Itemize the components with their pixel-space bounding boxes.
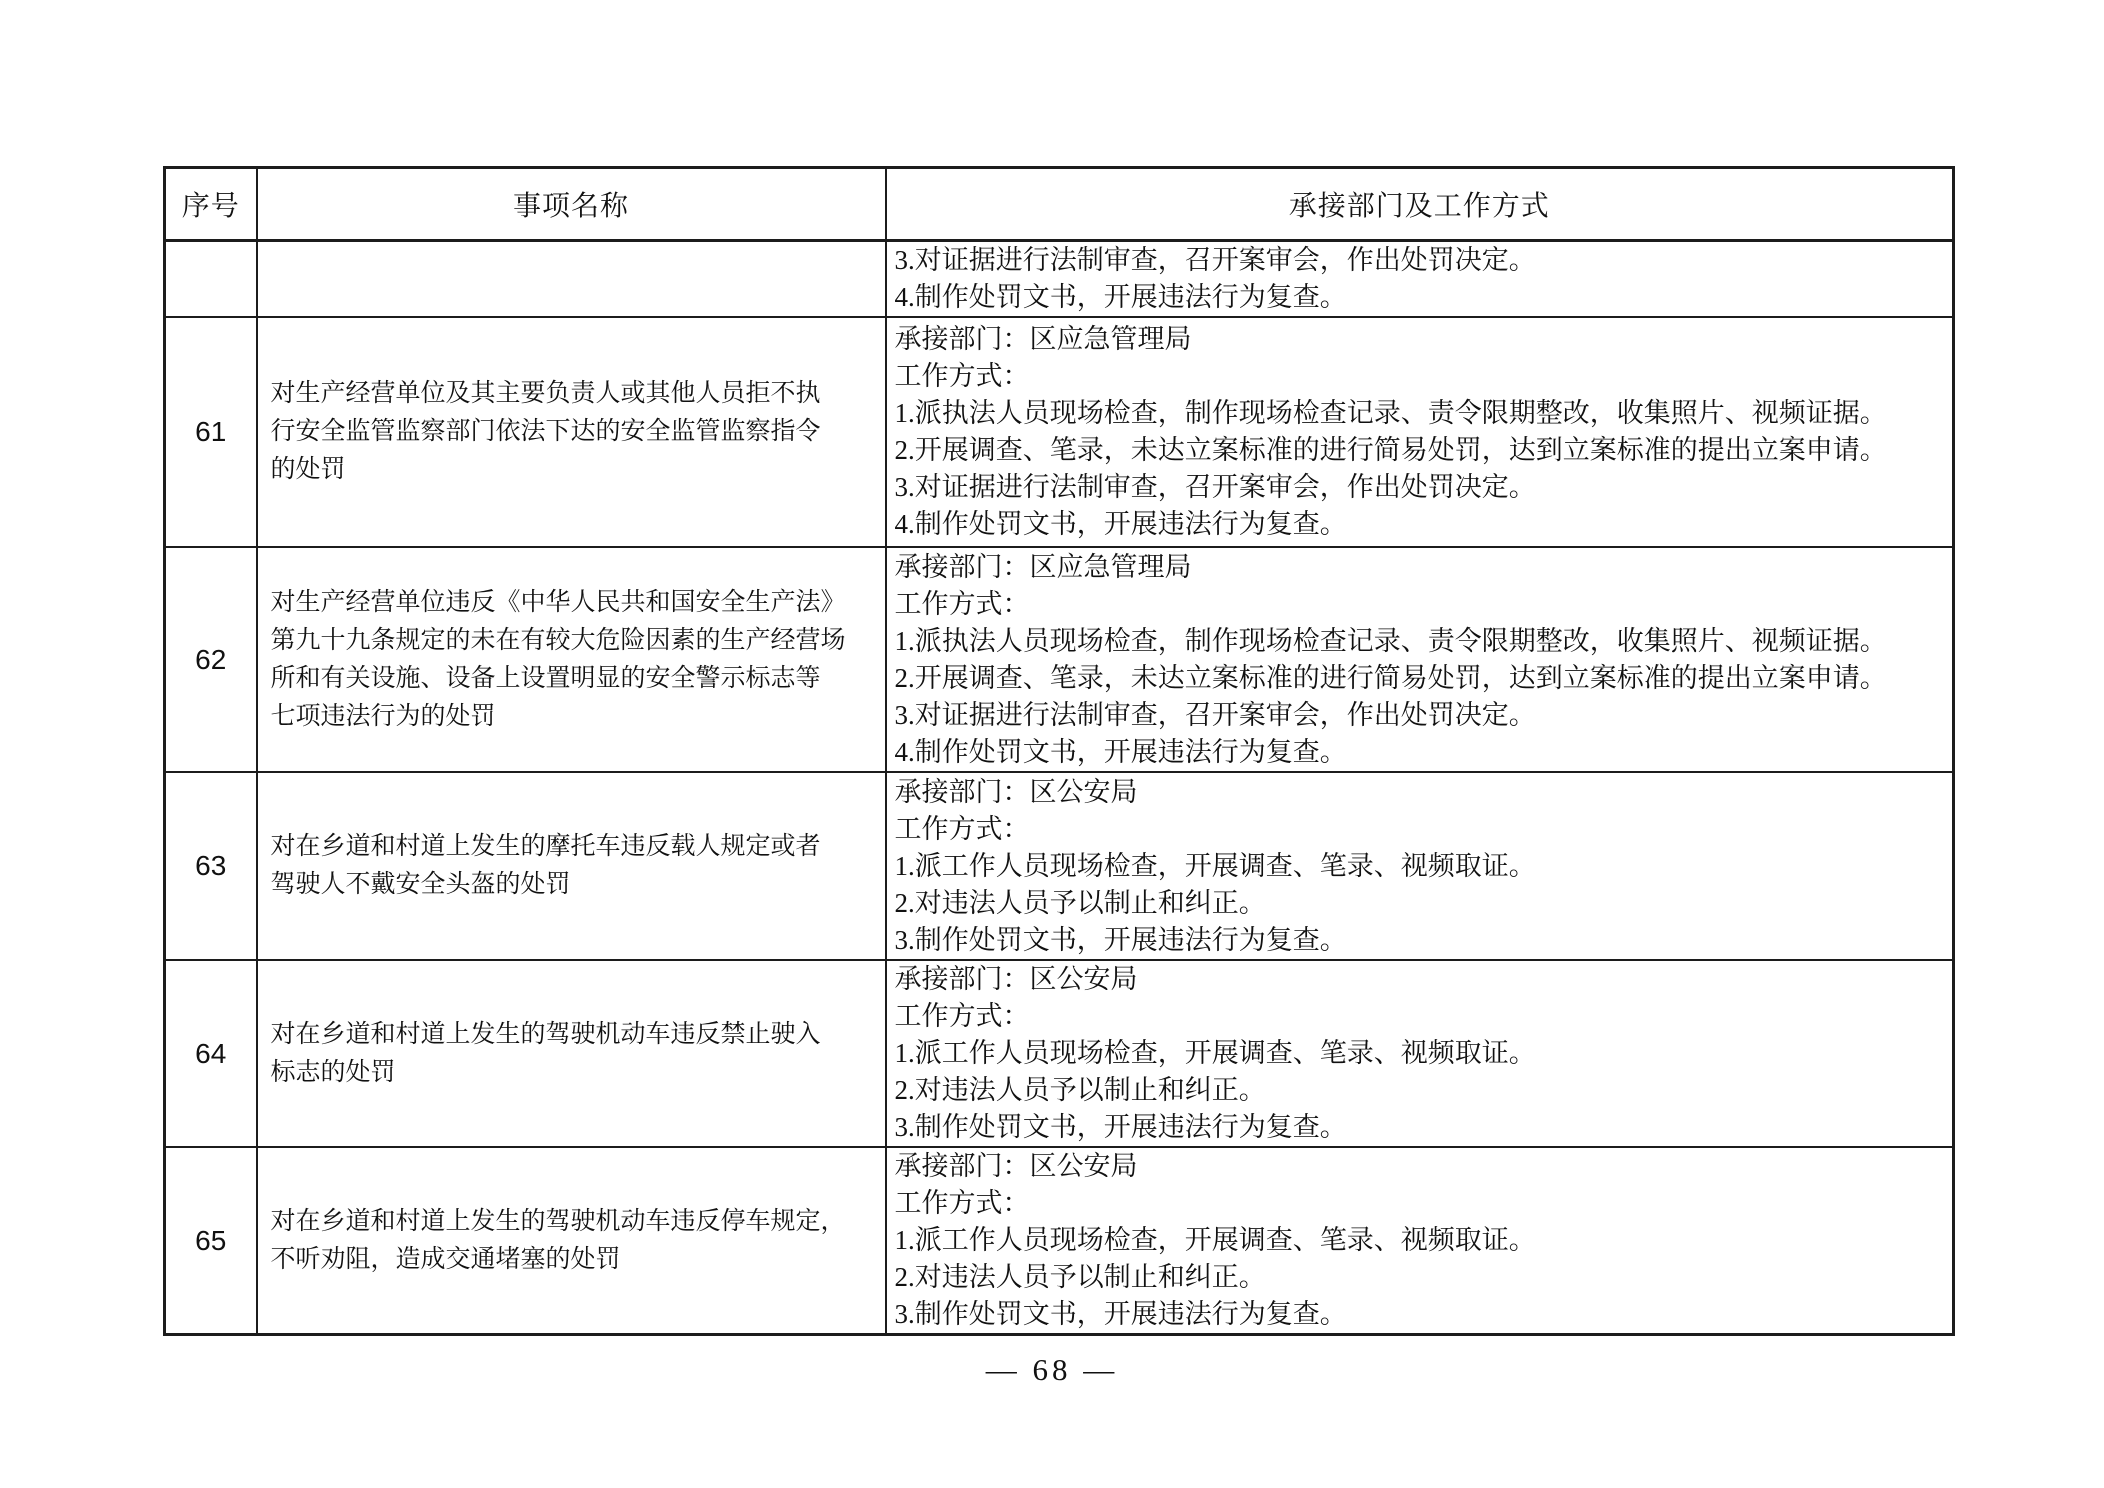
dept-method-cell: 承接部门：区应急管理局 工作方式： 1.派执法人员现场检查，制作现场检查记录、责…	[886, 547, 1954, 772]
item-name-cell: 对在乡道和村道上发生的摩托车违反载人规定或者 驾驶人不戴安全头盔的处罚	[257, 772, 886, 960]
dept-method-line: 2.对违法人员予以制止和纠正。	[895, 1072, 1945, 1109]
dept-method-line: 1.派工作人员现场检查，开展调查、笔录、视频取证。	[895, 1035, 1945, 1072]
dept-method-cell: 承接部门：区应急管理局 工作方式： 1.派执法人员现场检查，制作现场检查记录、责…	[886, 317, 1954, 547]
row-number-cell: 61	[165, 317, 257, 547]
dept-method-line: 1.派执法人员现场检查，制作现场检查记录、责令限期整改，收集照片、视频证据。	[895, 623, 1945, 660]
dept-method-line: 1.派工作人员现场检查，开展调查、笔录、视频取证。	[895, 848, 1945, 885]
item-name-line: 对在乡道和村道上发生的摩托车违反载人规定或者	[271, 828, 872, 866]
row-number-cell	[165, 241, 257, 318]
row-number-cell: 63	[165, 772, 257, 960]
punishment-items-table: 序号 事项名称 承接部门及工作方式 3.对证据进行法制审查，召开案审会，作出处罚…	[163, 166, 1955, 1336]
row-number-cell: 64	[165, 960, 257, 1147]
table-row-65: 65 对在乡道和村道上发生的驾驶机动车违反停车规定， 不听劝阻，造成交通堵塞的处…	[165, 1147, 1954, 1335]
dept-method-line: 3.制作处罚文书，开展违法行为复查。	[895, 922, 1945, 959]
item-name-line: 所和有关设施、设备上设置明显的安全警示标志等	[271, 660, 872, 698]
dept-method-line: 工作方式：	[895, 586, 1945, 623]
table-row-63: 63 对在乡道和村道上发生的摩托车违反载人规定或者 驾驶人不戴安全头盔的处罚 承…	[165, 772, 1954, 960]
table-row-61: 61 对生产经营单位及其主要负责人或其他人员拒不执 行安全监管监察部门依法下达的…	[165, 317, 1954, 547]
column-header-item-name: 事项名称	[257, 168, 886, 241]
dept-method-line: 承接部门：区应急管理局	[895, 321, 1945, 358]
dept-method-line: 承接部门：区公安局	[895, 774, 1945, 811]
table-row-64: 64 对在乡道和村道上发生的驾驶机动车违反禁止驶入 标志的处罚 承接部门：区公安…	[165, 960, 1954, 1147]
dept-method-line: 承接部门：区公安局	[895, 1148, 1945, 1185]
dept-method-line: 4.制作处罚文书，开展违法行为复查。	[895, 506, 1945, 543]
dept-method-line: 1.派执法人员现场检查，制作现场检查记录、责令限期整改，收集照片、视频证据。	[895, 395, 1945, 432]
dept-method-line: 4.制作处罚文书，开展违法行为复查。	[895, 279, 1945, 316]
table-row-continuation: 3.对证据进行法制审查，召开案审会，作出处罚决定。 4.制作处罚文书，开展违法行…	[165, 241, 1954, 318]
item-name-cell: 对在乡道和村道上发生的驾驶机动车违反禁止驶入 标志的处罚	[257, 960, 886, 1147]
dept-method-line: 2.对违法人员予以制止和纠正。	[895, 885, 1945, 922]
item-name-line: 的处罚	[271, 451, 872, 489]
row-number-cell: 62	[165, 547, 257, 772]
item-name-line: 驾驶人不戴安全头盔的处罚	[271, 866, 872, 904]
dept-method-line: 工作方式：	[895, 358, 1945, 395]
dept-method-line: 工作方式：	[895, 811, 1945, 848]
dept-method-cell: 承接部门：区公安局 工作方式： 1.派工作人员现场检查，开展调查、笔录、视频取证…	[886, 1147, 1954, 1335]
dept-method-cell: 3.对证据进行法制审查，召开案审会，作出处罚决定。 4.制作处罚文书，开展违法行…	[886, 241, 1954, 318]
dept-method-line: 3.制作处罚文书，开展违法行为复查。	[895, 1109, 1945, 1146]
item-name-line: 不听劝阻，造成交通堵塞的处罚	[271, 1241, 872, 1279]
dept-method-line: 3.对证据进行法制审查，召开案审会，作出处罚决定。	[895, 469, 1945, 506]
item-name-line: 对生产经营单位违反《中华人民共和国安全生产法》	[271, 584, 872, 622]
item-name-cell: 对生产经营单位违反《中华人民共和国安全生产法》 第九十九条规定的未在有较大危险因…	[257, 547, 886, 772]
item-name-line: 行安全监管监察部门依法下达的安全监管监察指令	[271, 413, 872, 451]
dept-method-line: 承接部门：区公安局	[895, 961, 1945, 998]
item-name-line: 第九十九条规定的未在有较大危险因素的生产经营场	[271, 622, 872, 660]
row-number-cell: 65	[165, 1147, 257, 1335]
item-name-cell: 对在乡道和村道上发生的驾驶机动车违反停车规定， 不听劝阻，造成交通堵塞的处罚	[257, 1147, 886, 1335]
document-page: 序号 事项名称 承接部门及工作方式 3.对证据进行法制审查，召开案审会，作出处罚…	[0, 0, 2104, 1488]
item-name-line: 对在乡道和村道上发生的驾驶机动车违反停车规定，	[271, 1203, 872, 1241]
item-name-line: 对在乡道和村道上发生的驾驶机动车违反禁止驶入	[271, 1016, 872, 1054]
dept-method-line: 2.开展调查、笔录，未达立案标准的进行简易处罚，达到立案标准的提出立案申请。	[895, 432, 1945, 469]
dept-method-line: 1.派工作人员现场检查，开展调查、笔录、视频取证。	[895, 1222, 1945, 1259]
dept-method-line: 工作方式：	[895, 998, 1945, 1035]
dept-method-line: 3.对证据进行法制审查，召开案审会，作出处罚决定。	[895, 242, 1945, 279]
dept-method-line: 3.制作处罚文书，开展违法行为复查。	[895, 1296, 1945, 1333]
dept-method-line: 2.开展调查、笔录，未达立案标准的进行简易处罚，达到立案标准的提出立案申请。	[895, 660, 1945, 697]
table-row-62: 62 对生产经营单位违反《中华人民共和国安全生产法》 第九十九条规定的未在有较大…	[165, 547, 1954, 772]
page-number: — 68 —	[0, 1352, 2104, 1388]
dept-method-line: 工作方式：	[895, 1185, 1945, 1222]
dept-method-line: 2.对违法人员予以制止和纠正。	[895, 1259, 1945, 1296]
dept-method-line: 3.对证据进行法制审查，召开案审会，作出处罚决定。	[895, 697, 1945, 734]
dept-method-line: 承接部门：区应急管理局	[895, 549, 1945, 586]
item-name-line: 标志的处罚	[271, 1054, 872, 1092]
item-name-cell	[257, 241, 886, 318]
table-header-row: 序号 事项名称 承接部门及工作方式	[165, 168, 1954, 241]
dept-method-cell: 承接部门：区公安局 工作方式： 1.派工作人员现场检查，开展调查、笔录、视频取证…	[886, 772, 1954, 960]
item-name-line: 对生产经营单位及其主要负责人或其他人员拒不执	[271, 375, 872, 413]
column-header-dept-method: 承接部门及工作方式	[886, 168, 1954, 241]
column-header-seq: 序号	[165, 168, 257, 241]
dept-method-cell: 承接部门：区公安局 工作方式： 1.派工作人员现场检查，开展调查、笔录、视频取证…	[886, 960, 1954, 1147]
dept-method-line: 4.制作处罚文书，开展违法行为复查。	[895, 734, 1945, 771]
item-name-cell: 对生产经营单位及其主要负责人或其他人员拒不执 行安全监管监察部门依法下达的安全监…	[257, 317, 886, 547]
item-name-line: 七项违法行为的处罚	[271, 698, 872, 736]
